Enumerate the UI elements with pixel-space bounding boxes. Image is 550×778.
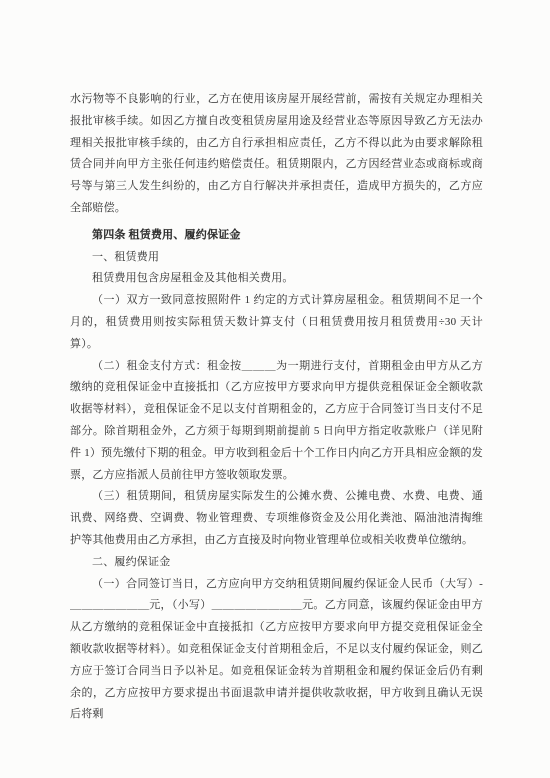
paragraph-utility-fees: （三）租赁期间，租赁房屋实际发生的公摊水费、公摊电费、水费、电费、通讯费、网络费… <box>70 486 483 551</box>
paragraph-rent-payment-method: （二）租金支付方式：租金按＿＿＿为一期进行支付，首期租金由甲方从乙方缴纳的竞租保… <box>70 356 483 487</box>
paragraph-fee-scope: 租赁费用包含房屋租金及其他相关费用。 <box>70 268 483 290</box>
contract-page: 水污物等不良影响的行业，乙方在使用该房屋开展经营前，需按有关规定办理相关报批审核… <box>0 0 550 778</box>
paragraph-rent-calculation: （一）双方一致同意按照附件 1 约定的方式计算房屋租金。租赁期间不足一个月的，租… <box>70 290 483 355</box>
article-4-heading: 第四条 租赁费用、履约保证金 <box>70 225 483 247</box>
paragraph-performance-bond-terms: （一）合同签订当日，乙方应向甲方交纳租赁期间履约保证金人民币（大写）-＿＿＿＿＿… <box>70 574 483 727</box>
subsection-title-rental-fees: 一、租赁费用 <box>70 247 483 269</box>
contract-text-block: 水污物等不良影响的行业，乙方在使用该房屋开展经营前，需按有关规定办理相关报批审核… <box>70 89 483 726</box>
paragraph-business-approval-continuation: 水污物等不良影响的行业，乙方在使用该房屋开展经营前，需按有关规定办理相关报批审核… <box>70 89 483 220</box>
subsection-title-performance-bond: 二、履约保证金 <box>70 552 483 574</box>
